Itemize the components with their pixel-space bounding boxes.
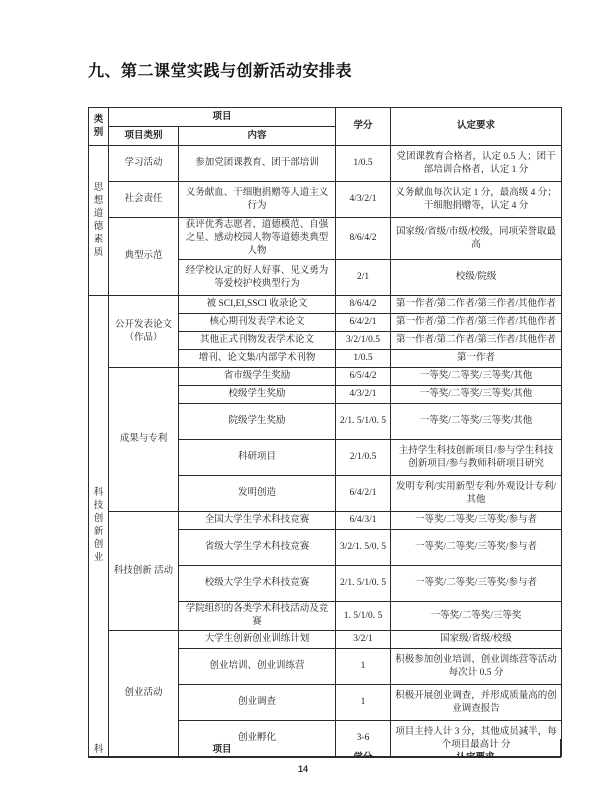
content-cell: 增刊、论文集/内部学术刊物 — [179, 350, 336, 368]
content-cell: 义务献血、干细胞捐赠等人道主义行为 — [179, 182, 336, 218]
next-header-requirement: 认定要求 — [391, 739, 560, 757]
content-cell: 获评优秀志愿者、道德模范、自强之星、感动校园人物等道德类典型人物 — [179, 218, 336, 260]
credit-cell: 1 — [336, 685, 391, 721]
credit-cell: 4/3/2/1 — [336, 182, 391, 218]
content-cell: 科研项目 — [179, 440, 336, 476]
next-header-credit: 学分 — [336, 739, 391, 757]
content-cell: 经学校认定的好人好事、见义勇为等爱校护校典型行为 — [179, 260, 336, 296]
group-cell: 创业活动 — [109, 631, 179, 757]
credit-cell: 1. 5/1/0. 5 — [336, 602, 391, 631]
content-cell: 创业培训、创业训练营 — [179, 649, 336, 685]
table-row: 创业活动 大学生创新创业训练计划 3/2/1 国家级/省级/校级 — [89, 631, 562, 649]
page-title: 九、第二课堂实践与创新活动安排表 — [88, 58, 352, 81]
table-row: 科技创新 活动 全国大学生学术科技竞赛 6/4/3/1 一等奖/二等奖/三等奖/… — [89, 512, 562, 530]
requirement-cell: 一等奖/二等奖/三等奖/其他 — [391, 368, 562, 386]
content-cell: 学院组织的各类学术科技活动及竞赛 — [179, 602, 336, 631]
content-cell: 被 SCI,EI,SSCI 收录论文 — [179, 296, 336, 314]
requirement-cell: 一等奖/二等奖/三等奖/其他 — [391, 404, 562, 440]
requirement-cell: 一等奖/二等奖/三等奖/其他 — [391, 386, 562, 404]
credit-cell: 1 — [336, 649, 391, 685]
requirement-cell: 党团课教育合格者，认定 0.5 人；团干部培训合格者，认定 1 分 — [391, 146, 562, 182]
requirement-cell: 国家级/省级/校级 — [391, 631, 562, 649]
requirement-cell: 第一作者/第二作者/第三作者/其他作者 — [391, 332, 562, 350]
content-cell: 其他正式刊物发表学术论文 — [179, 332, 336, 350]
page-number: 14 — [0, 764, 606, 774]
credit-cell: 6/5/4/2 — [336, 368, 391, 386]
group-cell: 社会责任 — [109, 182, 179, 218]
credit-cell: 2/1. 5/1/0. 5 — [336, 404, 391, 440]
requirement-cell: 第一作者/第二作者/第三作者/其他作者 — [391, 296, 562, 314]
requirement-cell: 义务献血每次认定 1 分，最高级 4 分；干细胞捐赠等，认定 4 分 — [391, 182, 562, 218]
content-cell: 省级大学生学术科技竞赛 — [179, 530, 336, 566]
requirement-cell: 积极参加创业培训、创业训练营等活动每次计 0.5 分 — [391, 649, 562, 685]
requirement-cell: 第一作者/第二作者/第三作者/其他作者 — [391, 314, 562, 332]
credit-cell: 1/0.5 — [336, 350, 391, 368]
category-cell: 科技创新创业 — [89, 296, 109, 757]
header-content: 内容 — [179, 127, 336, 146]
requirement-cell: 主持学生科技创新项目/参与学生科技创新项目/参与教师科研项目研究 — [391, 440, 562, 476]
requirement-cell: 一等奖/二等奖/三等奖/参与者 — [391, 566, 562, 602]
group-cell: 典型示范 — [109, 218, 179, 296]
content-cell: 院级学生奖励 — [179, 404, 336, 440]
group-cell: 科技创新 活动 — [109, 512, 179, 631]
content-cell: 参加党团课教育、团干部培训 — [179, 146, 336, 182]
content-cell: 全国大学生学术科技竞赛 — [179, 512, 336, 530]
content-cell: 核心期刊发表学术论文 — [179, 314, 336, 332]
next-table-partial-header: 科 项目 学分 认定要求 — [88, 739, 561, 758]
credit-cell: 3/2/1 — [336, 631, 391, 649]
credit-cell: 8/6/4/2 — [336, 296, 391, 314]
header-requirement: 认定要求 — [391, 108, 562, 146]
next-header-project: 项目 — [109, 739, 336, 757]
requirement-cell: 校级/院级 — [391, 260, 562, 296]
requirement-cell: 发明专利/实用新型专利/外观设计专利/其他 — [391, 476, 562, 512]
header-project: 项目 — [109, 108, 336, 127]
group-cell: 学习活动 — [109, 146, 179, 182]
content-cell: 省市级学生奖励 — [179, 368, 336, 386]
credit-cell: 3/2/1. 5/0. 5 — [336, 530, 391, 566]
credit-cell: 2/1/0.5 — [336, 440, 391, 476]
category-cell: 思想道德素质 — [89, 146, 109, 296]
group-cell: 成果与专利 — [109, 368, 179, 512]
requirement-cell: 一等奖/二等奖/三等奖 — [391, 602, 562, 631]
credit-cell: 6/4/3/1 — [336, 512, 391, 530]
requirement-cell: 积极开展创业调查，并形成质量高的创业调查报告 — [391, 685, 562, 721]
credit-cell: 1/0.5 — [336, 146, 391, 182]
requirement-cell: 第一作者 — [391, 350, 562, 368]
table-row: 典型示范 获评优秀志愿者、道德模范、自强之星、感动校园人物等道德类典型人物 8/… — [89, 218, 562, 260]
requirement-cell: 一等奖/二等奖/三等奖/参与者 — [391, 512, 562, 530]
table-row: 成果与专利 省市级学生奖励 6/5/4/2 一等奖/二等奖/三等奖/其他 — [89, 368, 562, 386]
table-row: 思想道德素质 学习活动 参加党团课教育、团干部培训 1/0.5 党团课教育合格者… — [89, 146, 562, 182]
table-header-row-1: 类别 项目 学分 认定要求 — [89, 108, 562, 127]
activity-table: 类别 项目 学分 认定要求 项目类别 内容 思想道德素质 学习活动 参加党团课教… — [88, 107, 562, 757]
credit-cell: 3/2/1/0.5 — [336, 332, 391, 350]
header-project-type: 项目类别 — [109, 127, 179, 146]
table-row: 科技创新创业 公开发表论文（作品） 被 SCI,EI,SSCI 收录论文 8/6… — [89, 296, 562, 314]
content-cell: 发明创造 — [179, 476, 336, 512]
content-cell: 校级学生奖励 — [179, 386, 336, 404]
requirement-cell: 国家级/省级/市级/校级，同项荣誉取最高 — [391, 218, 562, 260]
requirement-cell: 一等奖/二等奖/三等奖/参与者 — [391, 530, 562, 566]
credit-cell: 2/1. 5/1/0. 5 — [336, 566, 391, 602]
header-category: 类别 — [89, 108, 109, 146]
content-cell: 大学生创新创业训练计划 — [179, 631, 336, 649]
credit-cell: 6/4/2/1 — [336, 314, 391, 332]
document-page: 九、第二课堂实践与创新活动安排表 类别 项目 学分 认定要求 项目类别 内容 思… — [0, 0, 606, 811]
content-cell: 校级大学生学术科技竞赛 — [179, 566, 336, 602]
credit-cell: 2/1 — [336, 260, 391, 296]
header-credit: 学分 — [336, 108, 391, 146]
group-cell: 公开发表论文（作品） — [109, 296, 179, 368]
credit-cell: 4/3/2/1 — [336, 386, 391, 404]
content-cell: 创业调查 — [179, 685, 336, 721]
table-row: 社会责任 义务献血、干细胞捐赠等人道主义行为 4/3/2/1 义务献血每次认定 … — [89, 182, 562, 218]
credit-cell: 8/6/4/2 — [336, 218, 391, 260]
next-category-partial: 科 — [89, 739, 109, 757]
credit-cell: 6/4/2/1 — [336, 476, 391, 512]
